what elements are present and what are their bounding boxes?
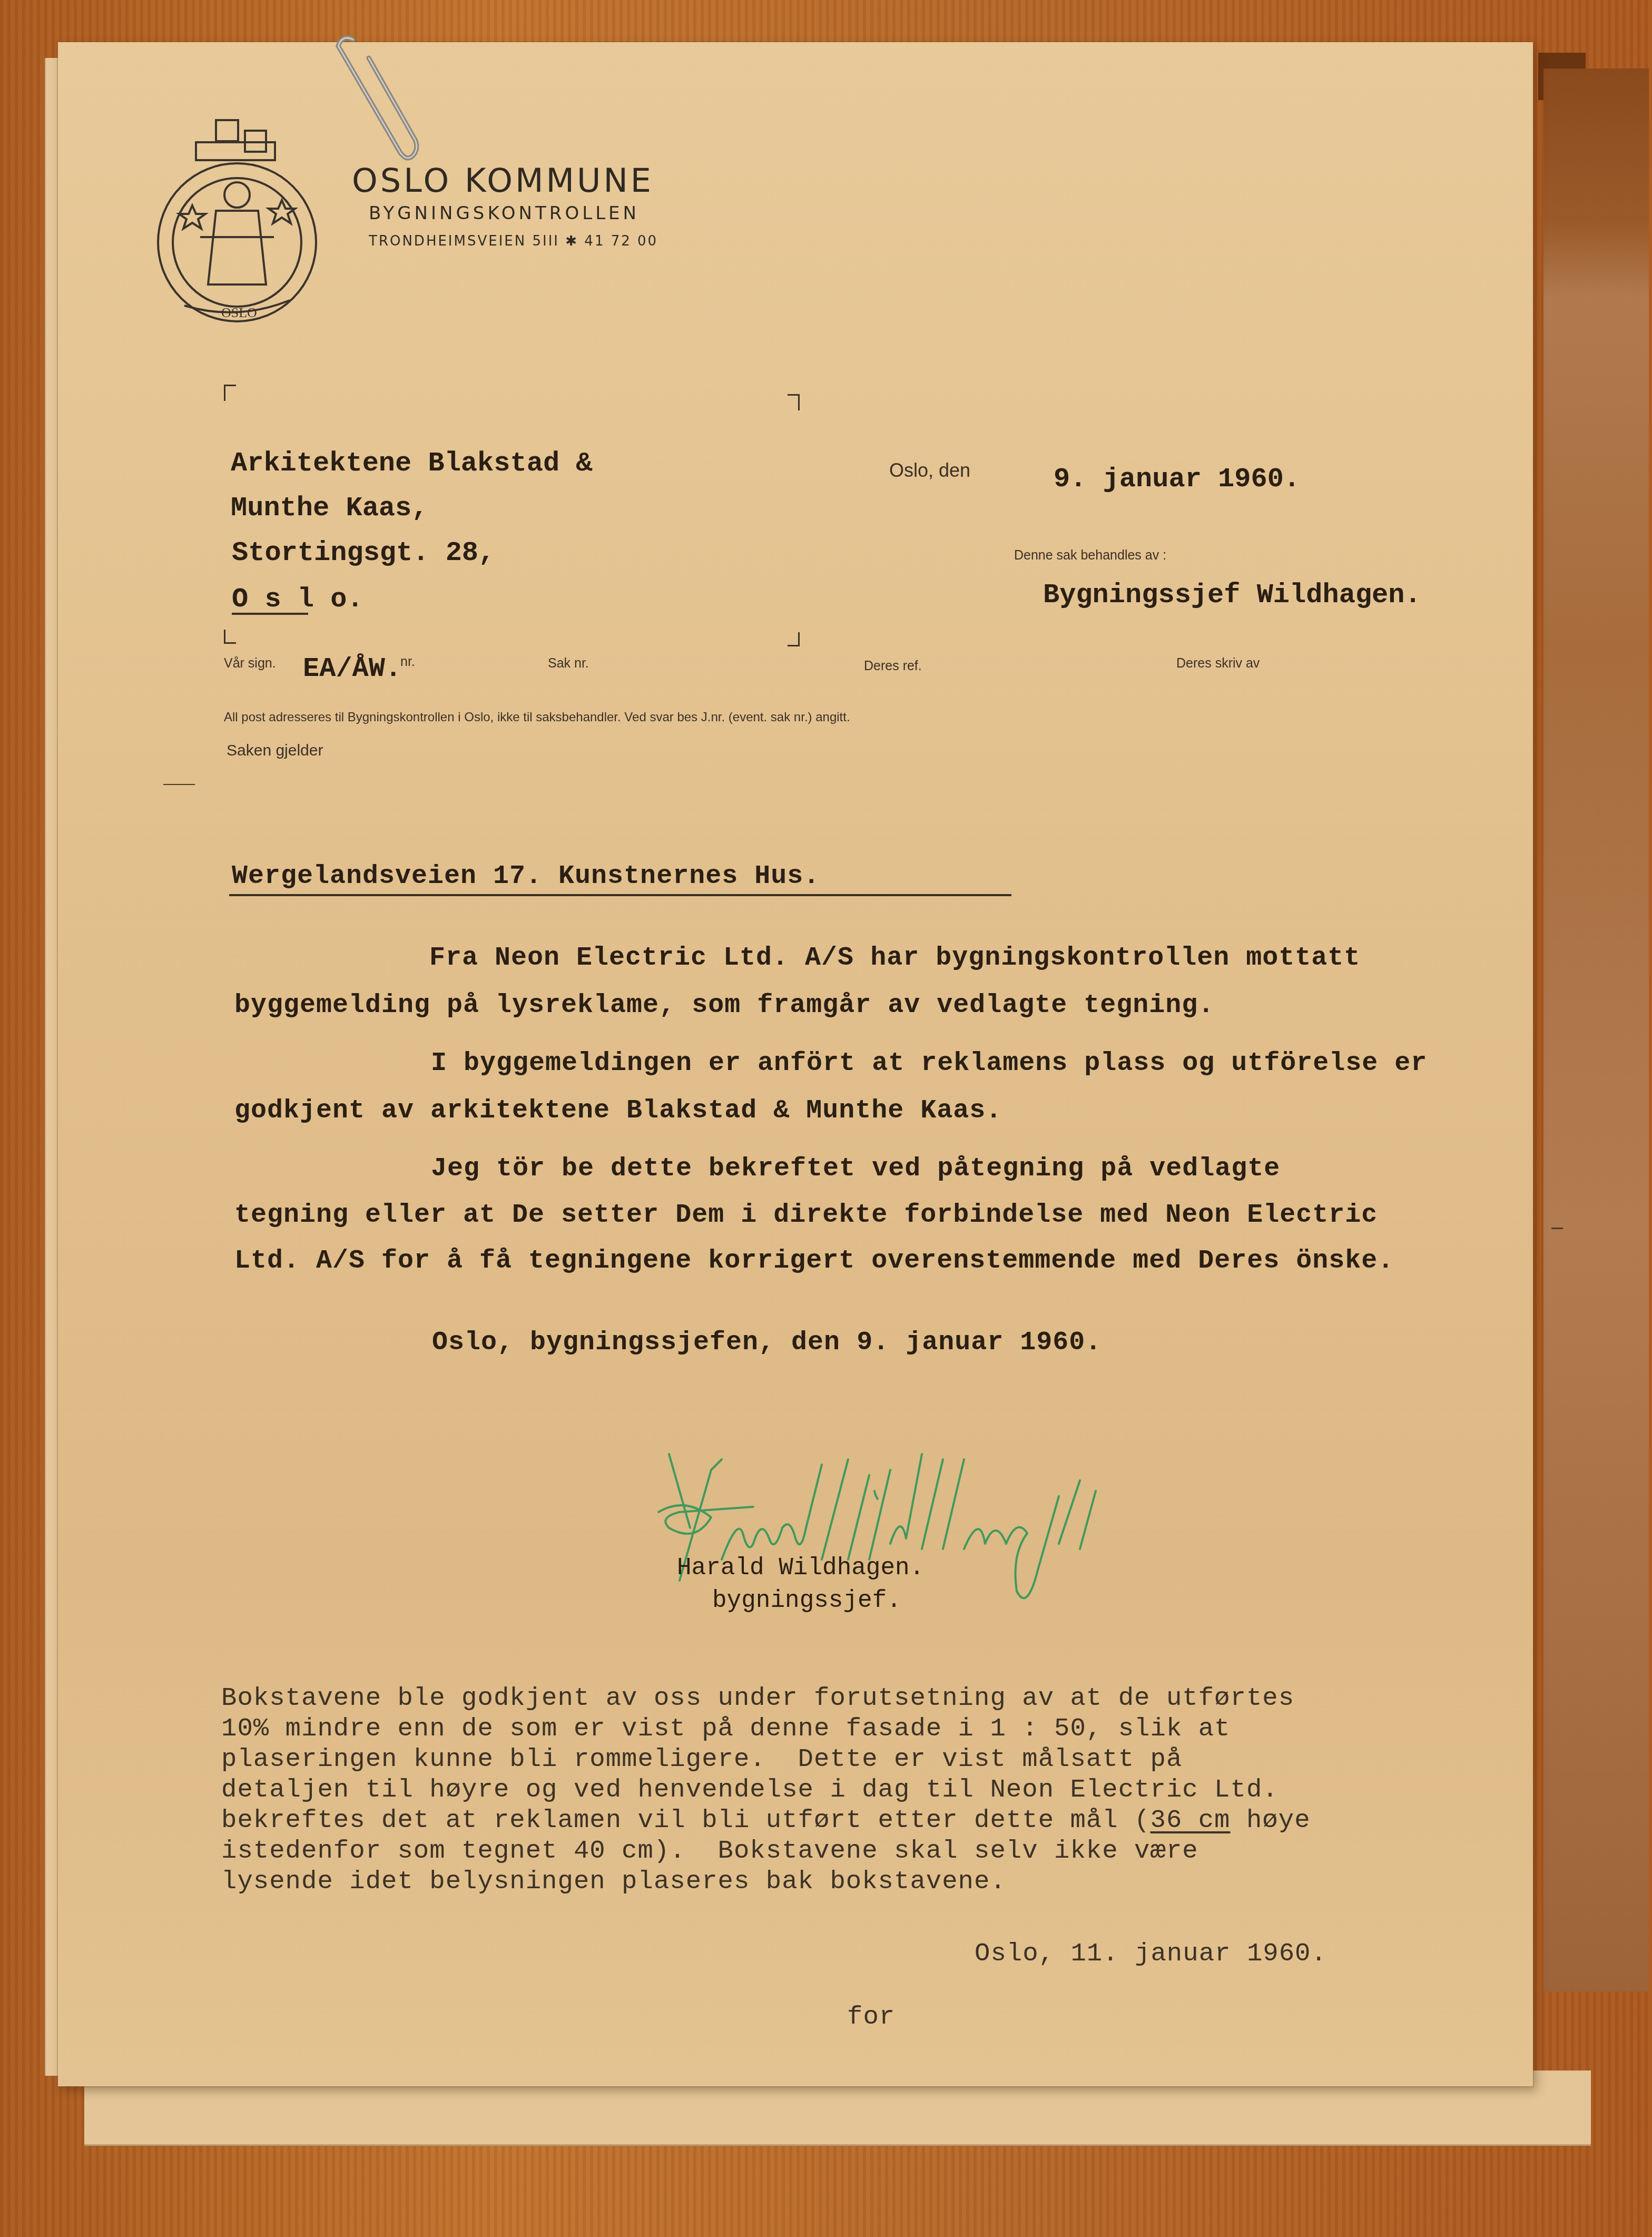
handler-value: Bygningssjef Wildhagen. xyxy=(1043,580,1421,611)
body-p3-line2: tegning eller at De setter Dem i direkte… xyxy=(234,1200,1378,1230)
address-corner-top-left xyxy=(224,385,236,401)
reply-line-5: bekreftes det at reklamen vil bli utført… xyxy=(221,1806,1311,1835)
date-label: Oslo, den xyxy=(889,459,970,482)
letter-date: 9. januar 1960. xyxy=(1054,464,1300,495)
letterhead-address: TRONDHEIMSVEIEN 5III ✱ 41 72 00 xyxy=(369,233,658,249)
jnr-label: nr. xyxy=(400,654,415,670)
svg-text:OSLO: OSLO xyxy=(221,305,257,320)
subject-underline xyxy=(229,894,1011,896)
body-p3-line1: Jeg tör be dette bekreftet ved påtegning… xyxy=(431,1154,1280,1184)
letterhead-department: BYGNINGSKONTROLLEN xyxy=(369,203,640,224)
subject-value: Wergelandsveien 17. Kunstnernes Hus. xyxy=(232,861,820,891)
recipient-line-2: Munthe Kaas, xyxy=(231,493,428,524)
reply-line-2: 10% mindre enn de som er vist på denne f… xyxy=(221,1714,1231,1743)
recipient-line-3: Stortingsgt. 28, xyxy=(232,537,495,568)
fold-mark xyxy=(163,784,195,785)
body-p1-line2: byggemelding på lysreklame, som framgår … xyxy=(234,990,1214,1021)
recipient-underline xyxy=(232,613,308,615)
reply-line-5-start: bekreftes det at reklamen vil bli utført… xyxy=(221,1806,1150,1835)
reply-line-5-end: høye xyxy=(1231,1806,1311,1835)
body-p1-line1: Fra Neon Electric Ltd. A/S har bygningsk… xyxy=(429,943,1360,973)
body-p3-line3: Ltd. A/S for å få tegningene korrigert o… xyxy=(234,1246,1394,1276)
recipient-line-1: Arkitektene Blakstad & xyxy=(231,448,593,479)
recipient-line-4: O s l o. xyxy=(232,584,363,615)
reply-for: for xyxy=(847,2002,895,2032)
sak-nr-label: Sak nr. xyxy=(548,656,589,671)
margin-mark xyxy=(1551,1228,1563,1229)
deres-ref-label: Deres ref. xyxy=(864,659,922,674)
address-corner-bottom-right xyxy=(788,632,800,646)
address-corner-top-right xyxy=(788,394,800,410)
paperclip-icon xyxy=(321,29,427,166)
reply-height-value: 36 cm xyxy=(1150,1806,1230,1835)
handler-label: Denne sak behandles av : xyxy=(1014,548,1166,563)
address-corner-bottom-left xyxy=(224,630,236,644)
subject-label: Saken gjelder xyxy=(227,742,323,760)
mail-notice: All post adresseres til Bygningskontroll… xyxy=(224,710,850,725)
body-p2-line1: I byggemeldingen er anfört at reklamens … xyxy=(431,1048,1427,1078)
typed-signatory-title: bygningssjef. xyxy=(712,1587,901,1614)
letterhead-organization: OSLO KOMMUNE xyxy=(352,161,654,200)
body-p2-line2: godkjent av arkitektene Blakstad & Munth… xyxy=(234,1096,1002,1126)
reply-line-6: istedenfor som tegnet 40 cm). Bokstavene… xyxy=(221,1836,1198,1866)
oslo-seal-icon: OSLO xyxy=(147,111,327,332)
reply-date: Oslo, 11. januar 1960. xyxy=(975,1939,1327,1968)
reply-line-7: lysende idet belysningen plaseres bak bo… xyxy=(221,1867,1006,1896)
reply-line-1: Bokstavene ble godkjent av oss under for… xyxy=(221,1683,1294,1713)
deres-skriv-label: Deres skriv av xyxy=(1176,656,1260,671)
var-sign-value: EA/ÅW. xyxy=(303,653,401,684)
var-sign-label: Vår sign. xyxy=(224,656,276,671)
typed-signatory-name: Harald Wildhagen. xyxy=(677,1554,924,1582)
reply-line-3: plaseringen kunne bli rommeligere. Dette… xyxy=(221,1744,1182,1774)
cardboard-folder xyxy=(1543,68,1649,1991)
reply-line-4: detaljen til høyre og ved henvendelse i … xyxy=(221,1775,1279,1804)
closing-line: Oslo, bygningssjefen, den 9. januar 1960… xyxy=(432,1328,1102,1358)
